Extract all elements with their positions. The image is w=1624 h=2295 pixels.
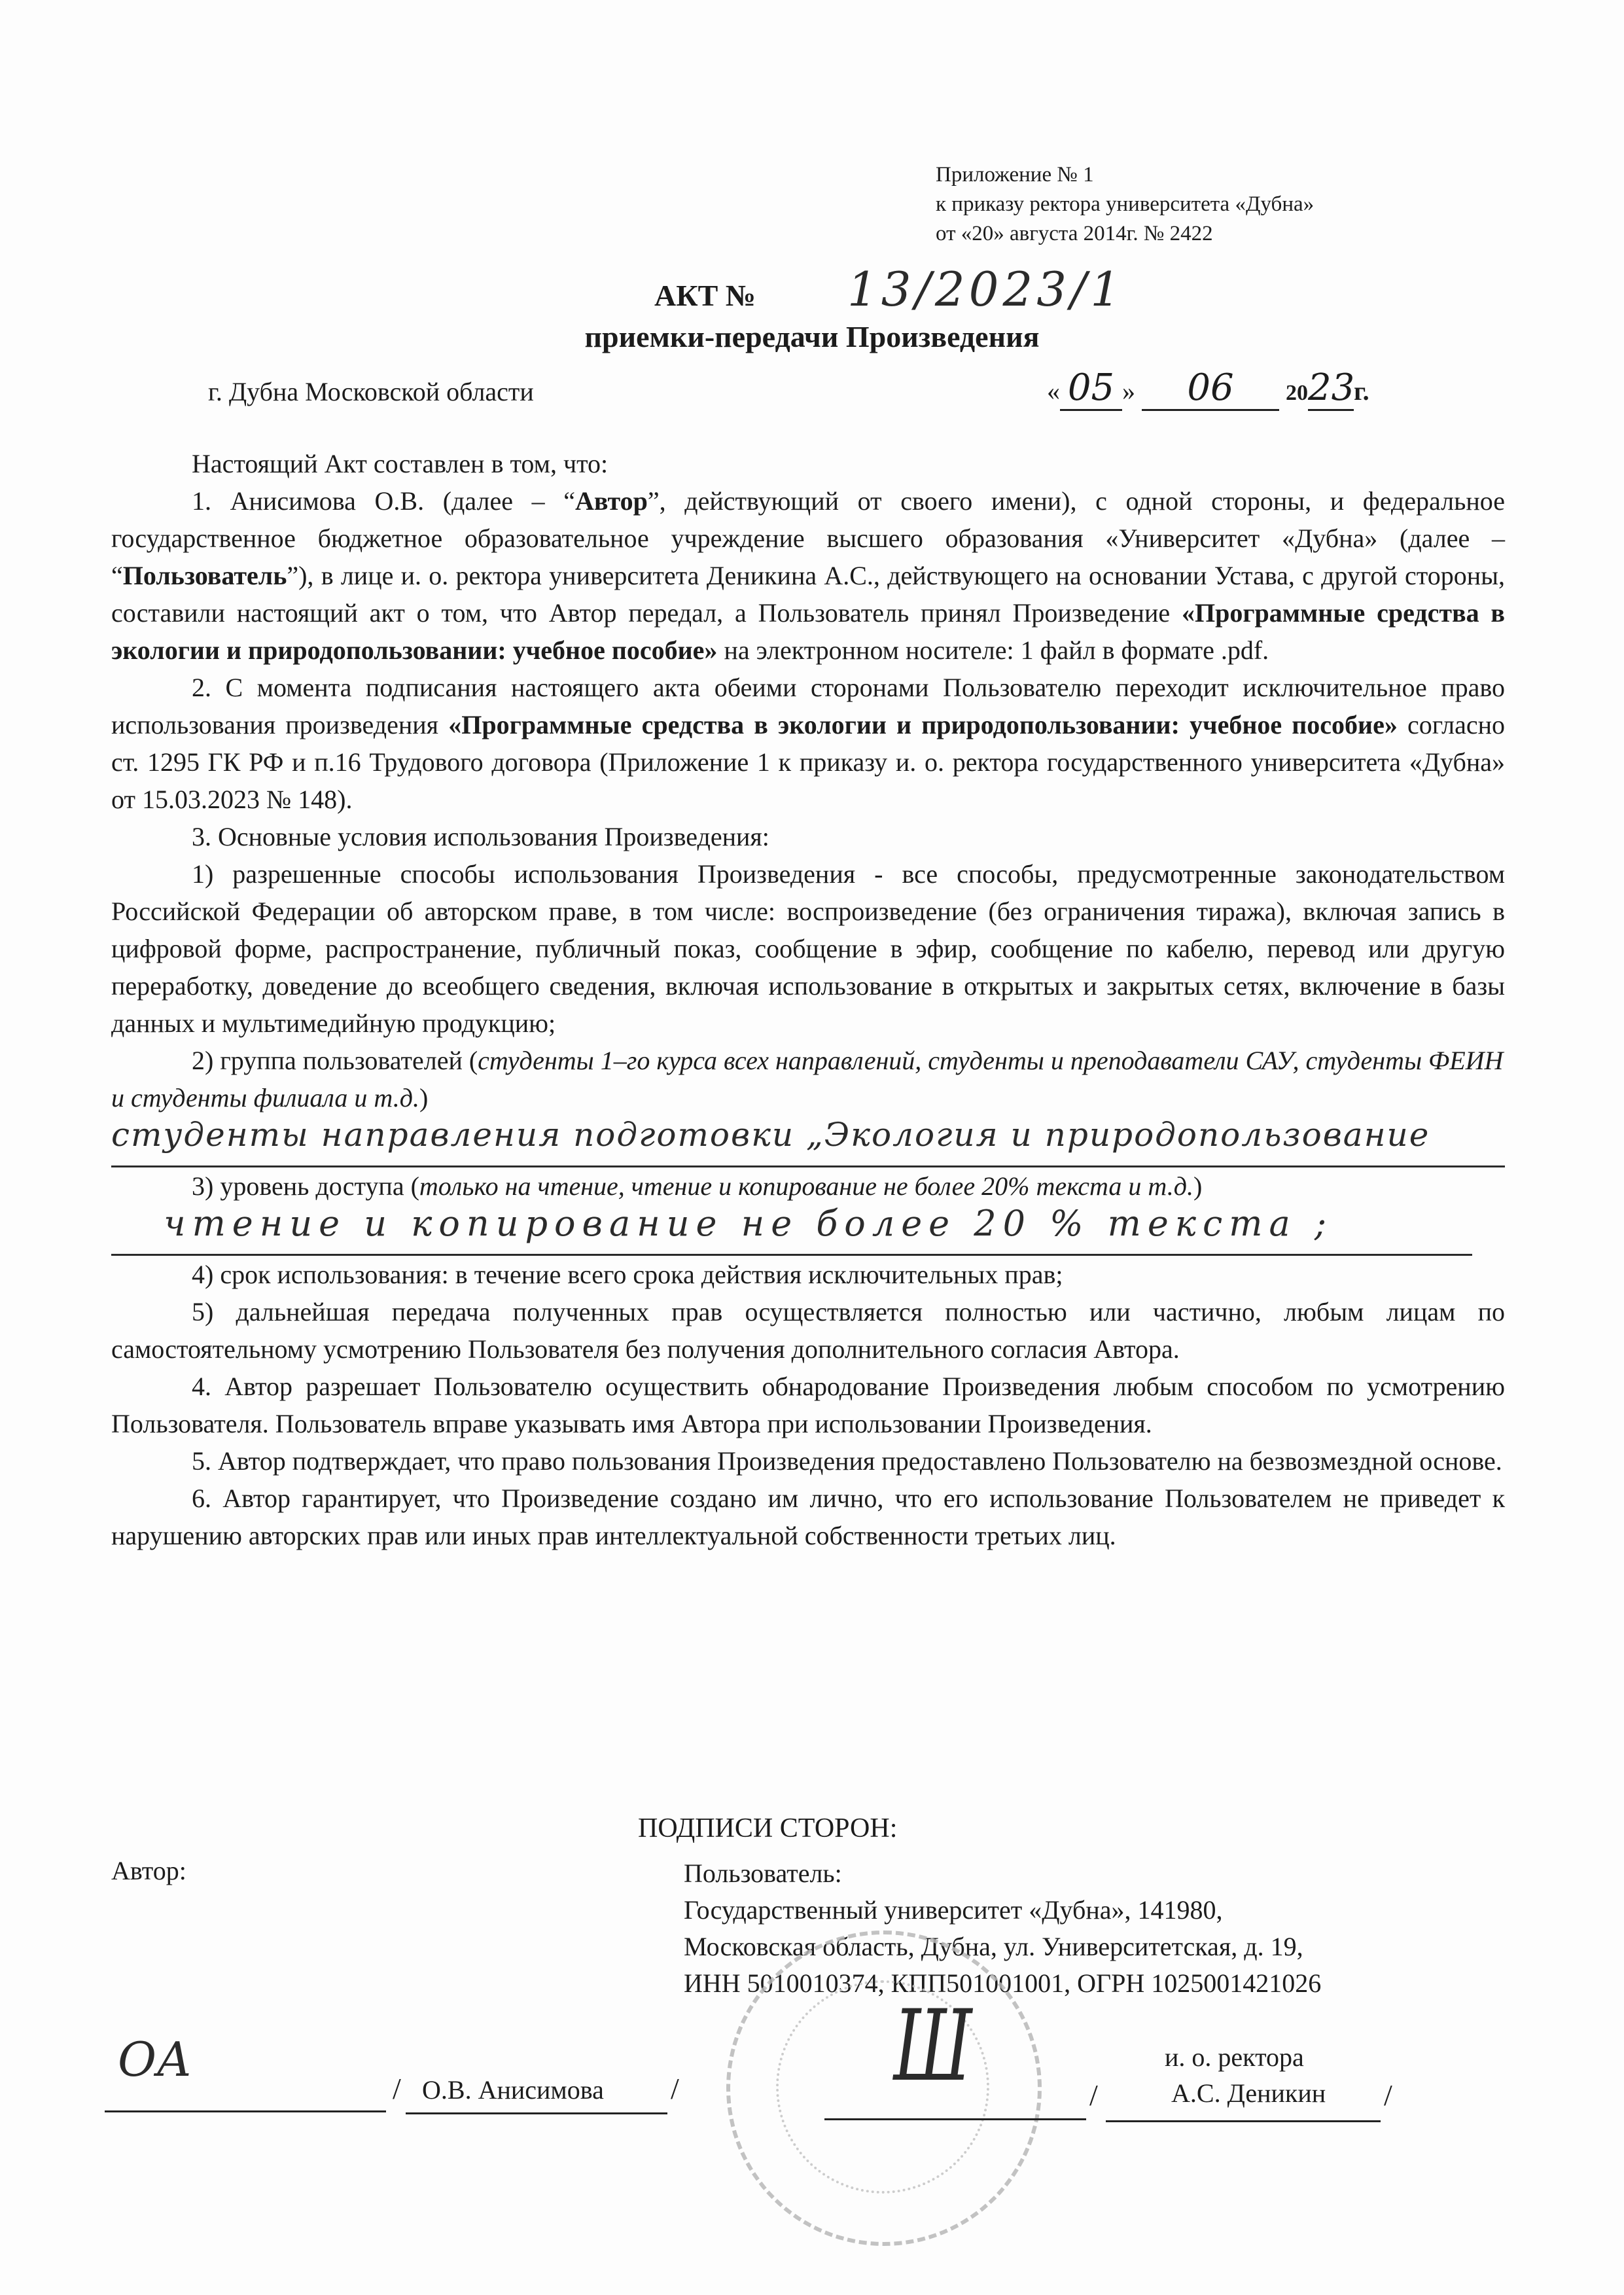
signatures-heading: ПОДПИСИ СТОРОН:	[638, 1813, 897, 1844]
clause-2: 2. С момента подписания настоящего акта …	[111, 669, 1505, 818]
user-org: Государственный университет «Дубна», 141…	[684, 1892, 1321, 1929]
clause-3-4: 4) срок использования: в течение всего с…	[111, 1256, 1505, 1293]
clause-5: 5. Автор подтверждает, что право пользов…	[111, 1442, 1505, 1480]
user-address: Московская область, Дубна, ул. Университ…	[684, 1929, 1321, 1965]
slash: /	[1384, 2078, 1392, 2112]
appendix-line-1: Приложение № 1	[936, 160, 1314, 190]
date-open-quote: «	[1047, 376, 1060, 406]
act-body: Настоящий Акт составлен в том, что: 1. А…	[111, 445, 1505, 1554]
clause-3-3-hint: только на чтение, чтение и копирование н…	[419, 1171, 1193, 1201]
slash: /	[393, 2071, 401, 2106]
user-group-handwritten: студенты направления подготовки „Экологи…	[111, 1116, 1505, 1167]
clause-3-5: 5) дальнейшая передача полученных прав о…	[111, 1293, 1505, 1368]
user-term: Пользователь	[123, 561, 287, 590]
author-label: Автор:	[111, 1855, 186, 1886]
clause-3-2-label: 2) группа пользователей (	[192, 1046, 478, 1075]
author-term: Автор	[575, 486, 648, 516]
rector-name-underline	[1106, 2120, 1381, 2122]
official-seal	[726, 1930, 1042, 2246]
clause-3-3: 3) уровень доступа (только на чтение, чт…	[111, 1167, 1505, 1205]
act-title-label: АКТ №	[654, 278, 756, 313]
author-name-line	[406, 2112, 667, 2114]
rector-signature-line	[824, 2118, 1086, 2120]
date-month: 06	[1142, 366, 1279, 411]
date-year-prefix: 20	[1286, 381, 1308, 405]
act-subtitle: приемки-передачи Произведения	[0, 319, 1624, 354]
date-year-suffix: 23	[1308, 366, 1354, 411]
access-level-handwritten: чтение и копирование не более 20 % текст…	[111, 1205, 1472, 1256]
intro: Настоящий Акт составлен в том, что:	[111, 445, 1505, 482]
rector-name: А.С. Деникин	[1171, 2078, 1326, 2108]
clause-3-3-label: 3) уровень доступа (	[192, 1171, 419, 1201]
appendix-line-3: от «20» августа 2014г. № 2422	[936, 219, 1314, 249]
slash: /	[671, 2071, 679, 2106]
act-number-handwritten: 13/2023/1	[847, 262, 1124, 317]
author-signature-line	[105, 2110, 386, 2112]
work-title: «Программные средства в экологии и приро…	[448, 710, 1398, 739]
clause-1-text-d: на электронном носителе: 1 файл в формат…	[717, 635, 1269, 665]
rector-signature: Ш	[894, 1989, 972, 2103]
appendix-reference: Приложение № 1 к приказу ректора универс…	[936, 160, 1314, 249]
author-name: О.В. Анисимова	[422, 2074, 604, 2105]
user-label: Пользователь:	[684, 1855, 1321, 1892]
slash: /	[1089, 2078, 1098, 2112]
clause-3-2: 2) группа пользователей (студенты 1–го к…	[111, 1042, 1505, 1116]
act-date: «05» 06 2023г.	[1047, 366, 1369, 411]
date-year-end: г.	[1354, 376, 1369, 406]
date-close-quote: »	[1122, 376, 1135, 406]
clause-6: 6. Автор гарантирует, что Произведение с…	[111, 1480, 1505, 1554]
appendix-line-2: к приказу ректора университета «Дубна»	[936, 190, 1314, 219]
clause-3: 3. Основные условия использования Произв…	[111, 818, 1505, 855]
clause-3-2-close: )	[419, 1083, 428, 1112]
author-signature: ОА	[118, 2032, 192, 2087]
clause-1-text-a: 1. Анисимова О.В. (далее – “	[192, 486, 575, 516]
rector-position: и. о. ректора	[1165, 2042, 1304, 2073]
clause-4: 4. Автор разрешает Пользователю осуществ…	[111, 1368, 1505, 1442]
date-day: 05	[1060, 366, 1122, 411]
document-page: Приложение № 1 к приказу ректора универс…	[0, 0, 1624, 2295]
clause-3-1: 1) разрешенные способы использования Про…	[111, 855, 1505, 1042]
place: г. Дубна Московской области	[208, 376, 534, 407]
clause-1: 1. Анисимова О.В. (далее – “Автор”, дейс…	[111, 482, 1505, 669]
clause-3-3-close: )	[1193, 1171, 1202, 1201]
